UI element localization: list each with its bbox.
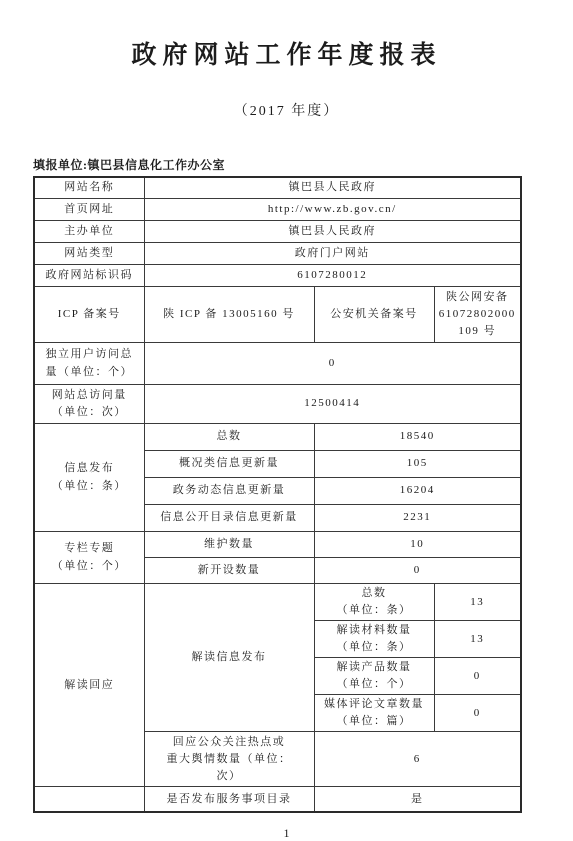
info-disclosure-label: 信息公开目录信息更新量 (144, 505, 314, 532)
info-total-value: 18540 (314, 424, 521, 451)
report-page: 政府网站工作年度报表 （2017 年度） 填报单位:镇巴县信息化工作办公室 网站… (0, 0, 573, 841)
row-special-maintained: 专栏专题 （单位：个） 维护数量 10 (34, 532, 521, 558)
row-organizer: 主办单位 镇巴县人民政府 (34, 221, 521, 243)
info-overview-label: 概况类信息更新量 (144, 451, 314, 478)
organizer-value: 镇巴县人民政府 (144, 221, 521, 243)
row-total-visits: 网站总访问量 （单位：次） 12500414 (34, 385, 521, 424)
unique-visitors-label: 独立用户访问总 量（单位：个） (34, 343, 144, 385)
home-url-label: 首页网址 (34, 199, 144, 221)
organizer-label: 主办单位 (34, 221, 144, 243)
filing-unit-line: 填报单位:镇巴县信息化工作办公室 (33, 156, 573, 173)
interp-total-value: 13 (434, 584, 521, 621)
annual-report-table: 网站名称 镇巴县人民政府 首页网址 http://www.zb.gov.cn/ … (33, 176, 522, 813)
report-title: 政府网站工作年度报表 (0, 0, 573, 70)
row-site-name: 网站名称 镇巴县人民政府 (34, 177, 521, 199)
special-maintained-label: 维护数量 (144, 532, 314, 558)
police-filing-value: 陕公网安备 61072802000 109 号 (434, 287, 521, 343)
row-icp: ICP 备案号 陕 ICP 备 13005160 号 公安机关备案号 陕公网安备… (34, 287, 521, 343)
info-disclosure-value: 2231 (314, 505, 521, 532)
interp-products-value: 0 (434, 658, 521, 695)
interp-materials-value: 13 (434, 621, 521, 658)
row-unique-visitors: 独立用户访问总 量（单位：个） 0 (34, 343, 521, 385)
row-service-directory: 是否发布服务事项目录 是 (34, 787, 521, 812)
home-url-value: http://www.zb.gov.cn/ (144, 199, 521, 221)
hot-response-label: 回应公众关注热点或 重大舆情数量（单位： 次） (144, 732, 314, 787)
interp-products-label: 解读产品数量 （单位：个） (314, 658, 434, 695)
icp-label: ICP 备案号 (34, 287, 144, 343)
interp-total-label: 总数 （单位：条） (314, 584, 434, 621)
site-code-value: 6107280012 (144, 265, 521, 287)
row-site-code: 政府网站标识码 6107280012 (34, 265, 521, 287)
unique-visitors-value: 0 (144, 343, 521, 385)
page-number: 1 (0, 826, 573, 841)
row-interp-total: 解读回应 解读信息发布 总数 （单位：条） 13 (34, 584, 521, 621)
row-info-publish-total: 信息发布 （单位：条） 总数 18540 (34, 424, 521, 451)
interpretation-section-label: 解读回应 (34, 584, 144, 787)
icp-value: 陕 ICP 备 13005160 号 (144, 287, 314, 343)
info-publish-section-label: 信息发布 （单位：条） (34, 424, 144, 532)
special-columns-section-label: 专栏专题 （单位：个） (34, 532, 144, 584)
info-gov-news-label: 政务动态信息更新量 (144, 478, 314, 505)
special-new-label: 新开设数量 (144, 558, 314, 584)
hot-response-value: 6 (314, 732, 521, 787)
interp-media-label: 媒体评论文章数量 （单位：篇） (314, 695, 434, 732)
service-directory-label: 是否发布服务事项目录 (144, 787, 314, 812)
interp-materials-label: 解读材料数量 （单位：条） (314, 621, 434, 658)
info-total-label: 总数 (144, 424, 314, 451)
report-subtitle: （2017 年度） (0, 100, 573, 120)
police-filing-label: 公安机关备案号 (314, 287, 434, 343)
info-overview-value: 105 (314, 451, 521, 478)
interp-media-value: 0 (434, 695, 521, 732)
empty-section-cell (34, 787, 144, 812)
service-directory-value: 是 (314, 787, 521, 812)
special-maintained-value: 10 (314, 532, 521, 558)
site-code-label: 政府网站标识码 (34, 265, 144, 287)
row-home-url: 首页网址 http://www.zb.gov.cn/ (34, 199, 521, 221)
site-type-value: 政府门户网站 (144, 243, 521, 265)
interp-publish-label: 解读信息发布 (144, 584, 314, 732)
info-gov-news-value: 16204 (314, 478, 521, 505)
row-site-type: 网站类型 政府门户网站 (34, 243, 521, 265)
site-name-label: 网站名称 (34, 177, 144, 199)
special-new-value: 0 (314, 558, 521, 584)
site-name-value: 镇巴县人民政府 (144, 177, 521, 199)
total-visits-value: 12500414 (144, 385, 521, 424)
total-visits-label: 网站总访问量 （单位：次） (34, 385, 144, 424)
site-type-label: 网站类型 (34, 243, 144, 265)
